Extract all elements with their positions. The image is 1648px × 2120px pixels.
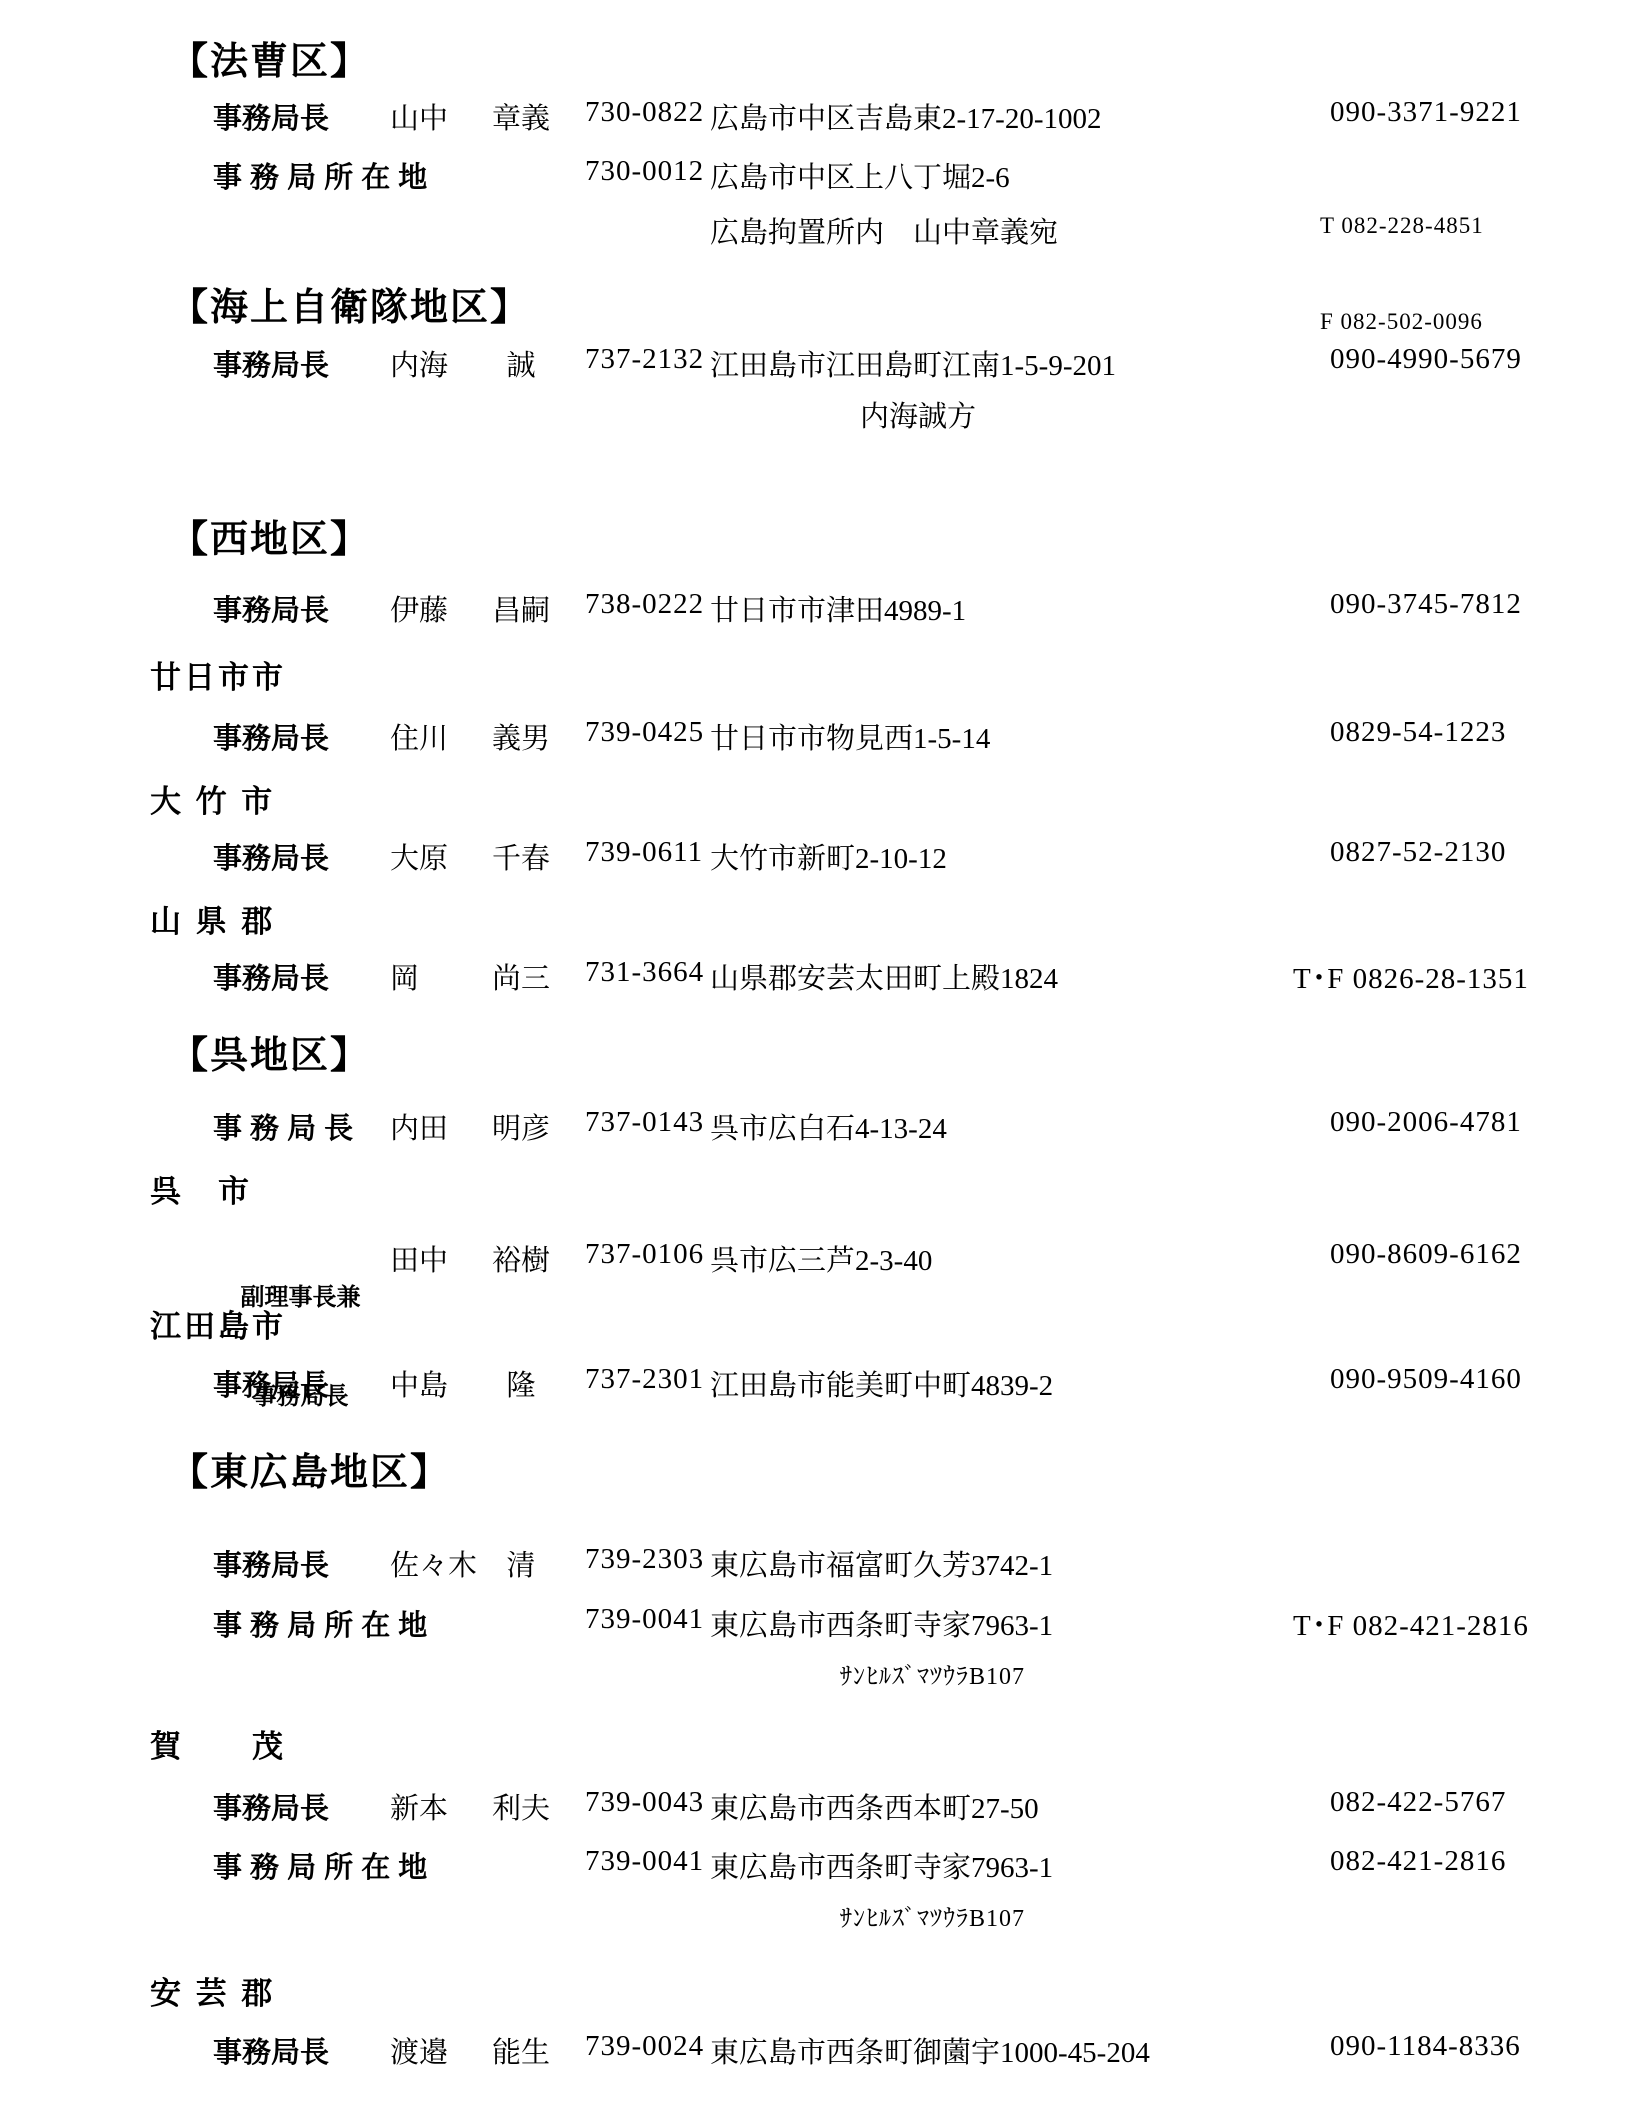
director-surname: 山中: [390, 96, 448, 137]
entry-row: 事 務 局 所 在 地 739-0041 東広島市西条町寺家7963-1 082…: [0, 1845, 1648, 1889]
postal-code: 739-0425: [585, 716, 704, 749]
role-label: 事 務 局 所 在 地: [213, 1845, 427, 1886]
address-note: 広島拘置所内 山中章義宛: [710, 210, 1058, 251]
director-given-name: 利夫: [488, 1786, 554, 1827]
address: 東広島市西条町寺家7963-1: [710, 1845, 1053, 1886]
phone-number: 090-4990-5679: [1330, 343, 1522, 376]
entry-row: 事 務 局 長 内田 明彦 737-0143 呉市広白石4-13-24 090-…: [0, 1106, 1648, 1150]
role-label: 事務局長: [213, 96, 329, 137]
address: 山県郡安芸太田町上殿1824: [710, 956, 1058, 997]
section-title: 【呉地区】: [170, 1024, 370, 1079]
postal-code: 737-0106: [585, 1238, 704, 1271]
postal-code: 730-0012: [585, 155, 704, 188]
phone-number: 090-8609-6162: [1330, 1238, 1522, 1271]
phone-number: 090-3371-9221: [1330, 96, 1522, 129]
address: 東広島市西条町寺家7963-1: [710, 1603, 1053, 1644]
role-label: 事務局長: [213, 1363, 329, 1404]
director-given-name: 清: [488, 1543, 554, 1584]
phone-tel: T 082-228-4851: [1320, 210, 1484, 242]
phone-number: 090-3745-7812: [1330, 588, 1522, 621]
director-surname: 田中: [390, 1238, 448, 1279]
entry-row: 事務局長 大原 千春 739-0611 大竹市新町2-10-12 0827-52…: [0, 836, 1648, 880]
director-given-name: 昌嗣: [488, 588, 554, 629]
director-surname: 岡: [390, 956, 419, 997]
role-label: 事務局長: [213, 343, 329, 384]
subarea-label: 呉 市: [150, 1166, 252, 1211]
role-label: 事務局長: [213, 716, 329, 757]
director-given-name: 裕樹: [488, 1238, 554, 1279]
entry-row: 事務局長 内海 誠 737-2132 江田島市江田島町江南1-5-9-201 0…: [0, 343, 1648, 387]
postal-code: 737-0143: [585, 1106, 704, 1139]
entry-row: 事 務 局 所 在 地 730-0012 広島市中区上八丁堀2-6 T 082-…: [0, 155, 1648, 199]
phone-tel-fax-number: T･F 0826-28-1351: [1293, 956, 1529, 997]
role-label: 事務局長: [213, 956, 329, 997]
director-given-name: 章義: [488, 96, 554, 137]
director-surname: 佐々木: [390, 1543, 477, 1584]
role-label: 事務局長: [213, 1543, 329, 1584]
building-note: ｻﾝﾋﾙｽﾞﾏﾂｳﾗB107: [840, 1898, 1025, 1933]
postal-code: 739-0043: [585, 1786, 704, 1819]
entry-row: 事務局長 山中 章義 730-0822 広島市中区吉島東2-17-20-1002…: [0, 96, 1648, 140]
director-surname: 住川: [390, 716, 448, 757]
director-given-name: 隆: [488, 1363, 554, 1404]
phone-tel-fax-number: T･F 082-421-2816: [1293, 1603, 1529, 1644]
phone-fax: F 082-502-0096: [1320, 306, 1484, 338]
address: 江田島市江田島町江南1-5-9-201: [710, 343, 1116, 384]
role-label: 事務局長: [213, 836, 329, 877]
phone-number: 0827-52-2130: [1330, 836, 1506, 869]
director-surname: 大原: [390, 836, 448, 877]
entry-row: 事 務 局 所 在 地 739-0041 東広島市西条町寺家7963-1 T･F…: [0, 1603, 1648, 1647]
address: 東広島市福富町久芳3742-1: [710, 1543, 1053, 1584]
section-title: 【東広島地区】: [170, 1441, 450, 1496]
postal-code: 739-2303: [585, 1543, 704, 1576]
entry-row: 事務局長 中島 隆 737-2301 江田島市能美町中町4839-2 090-9…: [0, 1363, 1648, 1407]
section-title: 【西地区】: [170, 508, 370, 563]
director-surname: 中島: [390, 1363, 448, 1404]
postal-code: 738-0222: [585, 588, 704, 621]
director-surname: 新本: [390, 1786, 448, 1827]
role-label: 事 務 局 所 在 地: [213, 1603, 427, 1644]
director-surname: 伊藤: [390, 588, 448, 629]
subarea-label: 廿日市市: [150, 652, 286, 697]
subarea-label: 大 竹 市: [150, 776, 275, 821]
entry-row: 事務局長 渡邉 能生 739-0024 東広島市西条町御薗宇1000-45-20…: [0, 2030, 1648, 2074]
section-title: 【海上自衛隊地区】: [170, 276, 530, 331]
subarea-label: 賀 茂: [150, 1721, 286, 1766]
role-label: 事 務 局 所 在 地: [213, 155, 427, 196]
entry-row: 事務局長 佐々木 清 739-2303 東広島市福富町久芳3742-1: [0, 1543, 1648, 1587]
phone-number: 090-1184-8336: [1330, 2030, 1521, 2063]
role-label: 事務局長: [213, 1786, 329, 1827]
director-given-name: 尚三: [488, 956, 554, 997]
phone-number: 0829-54-1223: [1330, 716, 1506, 749]
address: 呉市広三芦2-3-40: [710, 1238, 932, 1279]
postal-code: 730-0822: [585, 96, 704, 129]
role-label: 事務局長: [213, 588, 329, 629]
postal-code: 739-0041: [585, 1603, 704, 1636]
postal-code: 739-0041: [585, 1845, 704, 1878]
postal-code: 731-3664: [585, 956, 704, 989]
director-surname: 内海: [390, 343, 448, 384]
entry-row: 事務局長 岡 尚三 731-3664 山県郡安芸太田町上殿1824 T･F 08…: [0, 956, 1648, 1000]
phone-number: 090-9509-4160: [1330, 1363, 1522, 1396]
address: 廿日市市物見西1-5-14: [710, 716, 990, 757]
postal-code: 739-0024: [585, 2030, 704, 2063]
director-given-name: 千春: [488, 836, 554, 877]
postal-code: 737-2301: [585, 1363, 704, 1396]
address: 広島市中区上八丁堀2-6: [710, 155, 1010, 196]
director-surname: 内田: [390, 1106, 448, 1147]
director-given-name: 能生: [488, 2030, 554, 2071]
address: 広島市中区吉島東2-17-20-1002: [710, 96, 1101, 137]
subarea-label: 安 芸 郡: [150, 1968, 275, 2013]
phone-number: 090-2006-4781: [1330, 1106, 1522, 1139]
entry-row: 事務局長 伊藤 昌嗣 738-0222 廿日市市津田4989-1 090-374…: [0, 588, 1648, 632]
address: 廿日市市津田4989-1: [710, 588, 966, 629]
role-label-two-line: 副理事長兼 事務局長: [213, 1215, 388, 1479]
address: 東広島市西条町御薗宇1000-45-204: [710, 2030, 1150, 2071]
postal-code: 737-2132: [585, 343, 704, 376]
phone-number: 082-421-2816: [1330, 1845, 1506, 1878]
entry-row: 副理事長兼 事務局長 田中 裕樹 737-0106 呉市広三芦2-3-40 09…: [0, 1238, 1648, 1282]
subarea-label: 山 県 郡: [150, 896, 275, 941]
entry-row: 事務局長 新本 利夫 739-0043 東広島市西条西本町27-50 082-4…: [0, 1786, 1648, 1830]
building-note: ｻﾝﾋﾙｽﾞﾏﾂｳﾗB107: [840, 1656, 1025, 1691]
role-label: 事 務 局 長: [213, 1106, 353, 1147]
phone-number: 082-422-5767: [1330, 1786, 1506, 1819]
role-label: 事務局長: [213, 2030, 329, 2071]
section-title: 【法曹区】: [170, 30, 370, 85]
director-given-name: 明彦: [488, 1106, 554, 1147]
director-given-name: 誠: [488, 343, 554, 384]
postal-code: 739-0611: [585, 836, 703, 869]
subarea-label: 江田島市: [150, 1301, 286, 1346]
address: 呉市広白石4-13-24: [710, 1106, 947, 1147]
address: 江田島市能美町中町4839-2: [710, 1363, 1053, 1404]
address: 大竹市新町2-10-12: [710, 836, 947, 877]
director-surname: 渡邉: [390, 2030, 448, 2071]
director-given-name: 義男: [488, 716, 554, 757]
address-note: 内海誠方: [860, 394, 976, 435]
document-page: 【法曹区】 事務局長 山中 章義 730-0822 広島市中区吉島東2-17-2…: [0, 0, 1648, 2120]
address: 東広島市西条西本町27-50: [710, 1786, 1039, 1827]
entry-row: 事務局長 住川 義男 739-0425 廿日市市物見西1-5-14 0829-5…: [0, 716, 1648, 760]
